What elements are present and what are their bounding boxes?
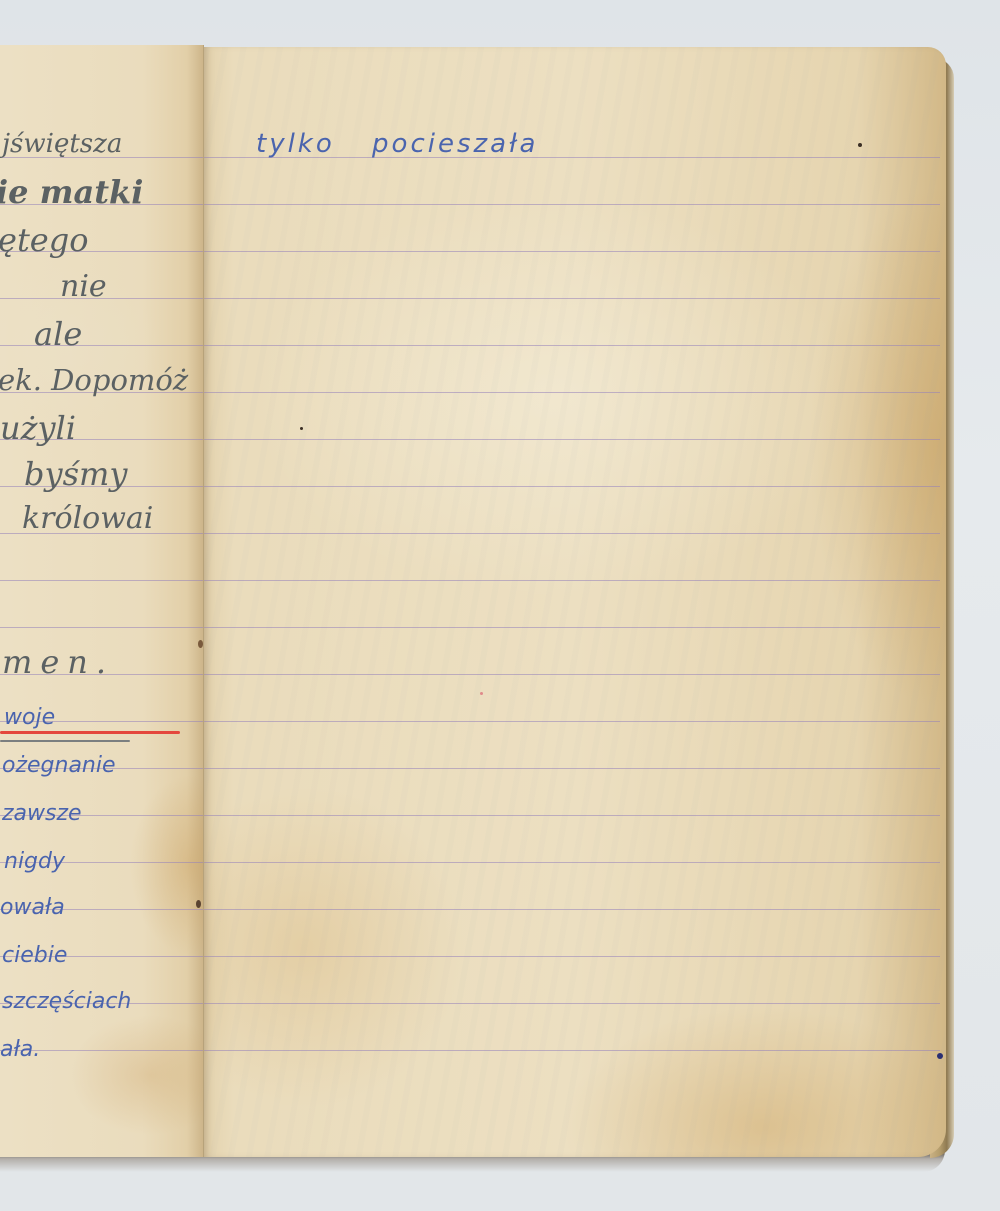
paper-stain [198,640,203,648]
ruled-line [204,580,940,581]
right-page: tylko pocieszała [204,47,946,1157]
handwritten-line: ciebie [2,943,67,968]
handwritten-line: zawsze [2,801,82,826]
handwritten-line: ożegnanie [2,753,116,778]
handwritten-line: ek. Dopomóż [0,363,188,397]
ruled-line [204,721,940,722]
ruled-line [204,345,940,346]
ruled-line [204,909,940,910]
ruled-line [204,1003,940,1004]
ruled-line [0,580,203,581]
handwritten-line: nigdy [4,849,65,874]
ruled-line [204,298,940,299]
handwritten-line: nie [60,269,107,304]
ruled-line [204,392,940,393]
left-page: jświętsza ie matki ętego nie ale ek. Dop… [0,45,204,1157]
scanned-notebook-spread: jświętsza ie matki ętego nie ale ek. Dop… [0,0,1000,1211]
handwritten-line: użyli [0,409,76,447]
ink-dot [937,1053,943,1059]
paper-speck [480,692,483,695]
handwritten-line: ętego [0,221,88,259]
handwritten-line: szczęściach [2,989,131,1014]
ruled-line [204,815,940,816]
handwritten-line: ie matki [0,173,143,211]
handwritten-line: woje [4,705,55,730]
ruled-line [204,674,940,675]
ruled-line [204,439,940,440]
handwritten-line: byśmy [24,455,127,493]
ruled-line [204,1050,940,1051]
pencil-underline [0,740,130,742]
handwritten-line: owała [0,895,65,920]
ruled-line [0,627,203,628]
paper-speck [300,427,303,430]
handwritten-line: jświętsza [2,129,122,159]
ruled-line [204,486,940,487]
ruled-line [204,768,940,769]
bleed-through-texture [204,47,946,1157]
ruled-line [0,345,203,346]
red-underline [0,731,180,734]
ruled-line [204,251,940,252]
ruled-line [204,204,940,205]
handwritten-line: ała. [0,1037,40,1062]
handwritten-line: królowai [22,501,153,536]
handwritten-line: ale [34,315,82,353]
ruled-line [204,533,940,534]
ruled-line [204,956,940,957]
amen-heading: men. [2,643,114,681]
ruled-line [204,862,940,863]
handwritten-line: tylko pocieszała [256,129,538,159]
ruled-line [204,627,940,628]
paper-speck [858,143,862,147]
staple-mark [196,900,201,908]
